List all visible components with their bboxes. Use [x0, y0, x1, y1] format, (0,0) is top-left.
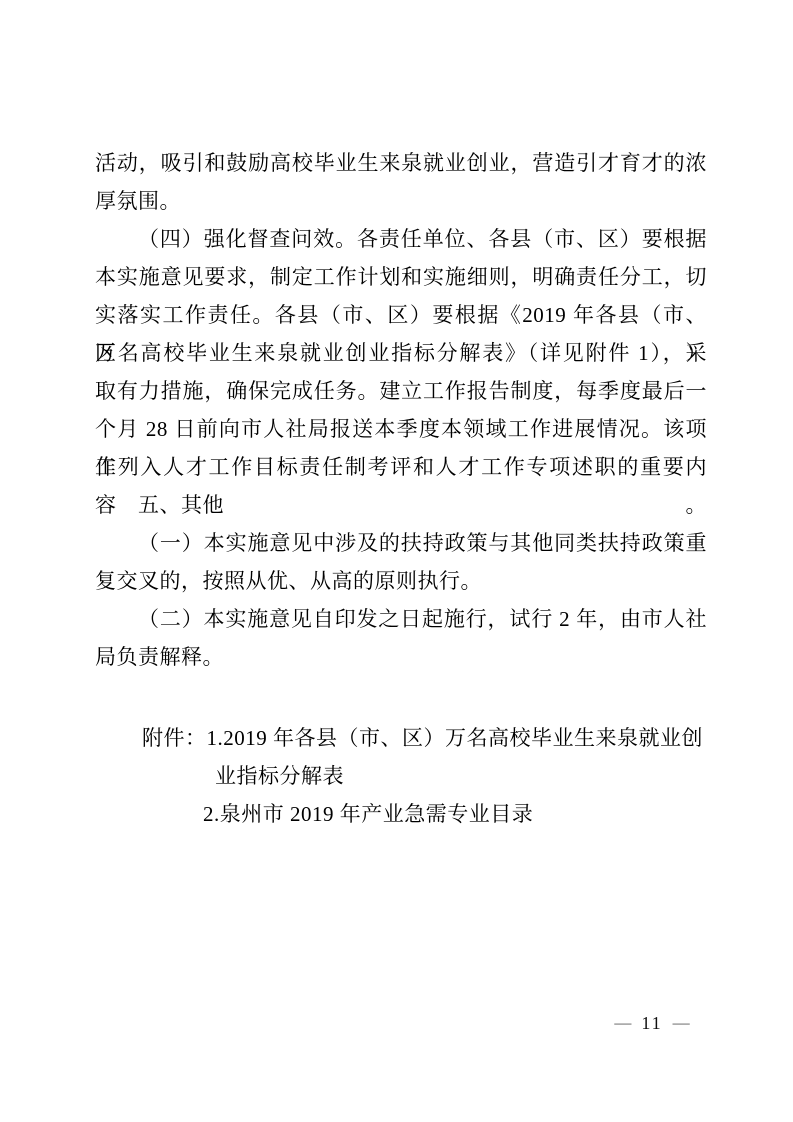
body-line: 个月 28 日前向市人社局报送本季度本领域工作进展情况。该项工: [95, 410, 707, 448]
document-page: 活动，吸引和鼓励高校毕业生来泉就业创业，营造引才育才的浓 厚氛围。 （四）强化督…: [0, 0, 793, 1122]
attachment-line: 2.泉州市 2019 年产业急需专业目录: [95, 795, 707, 833]
attachment-line: 附件：1.2019 年各县（市、区）万名高校毕业生来泉就业创: [95, 719, 707, 757]
body-line: 实落实工作责任。各县（市、区）要根据《2019 年各县（市、区）: [95, 296, 707, 334]
body-line: （四）强化督查问效。各责任单位、各县（市、区）要根据: [95, 220, 707, 258]
footer-page-number: 11: [641, 1013, 662, 1034]
body-line: 局负责解释。: [95, 638, 707, 676]
body-line: 复交叉的，按照从优、从高的原则执行。: [95, 562, 707, 600]
document-body: 活动，吸引和鼓励高校毕业生来泉就业创业，营造引才育才的浓 厚氛围。 （四）强化督…: [95, 144, 707, 833]
body-line: （一）本实施意见中涉及的扶持政策与其他同类扶持政策重: [95, 524, 707, 562]
attachment-list: 附件：1.2019 年各县（市、区）万名高校毕业生来泉就业创 业指标分解表 2.…: [95, 719, 707, 833]
body-line: 取有力措施，确保完成任务。建立工作报告制度，每季度最后一: [95, 372, 707, 410]
body-line: 作列入人才工作目标责任制考评和人才工作专项述职的重要内容。: [95, 448, 707, 486]
body-line: 万名高校毕业生来泉就业创业指标分解表》（详见附件 1），采: [95, 334, 707, 372]
body-line: 活动，吸引和鼓励高校毕业生来泉就业创业，营造引才育才的浓: [95, 144, 707, 182]
body-line: 本实施意见要求，制定工作计划和实施细则，明确责任分工，切: [95, 258, 707, 296]
footer-right-dash: —: [673, 1013, 690, 1033]
footer-left-dash: —: [614, 1013, 631, 1033]
page-number: — 11 —: [600, 1008, 704, 1038]
body-line: （二）本实施意见自印发之日起施行，试行 2 年，由市人社: [95, 600, 707, 638]
body-line: 厚氛围。: [95, 182, 707, 220]
attachment-line: 业指标分解表: [95, 757, 707, 795]
